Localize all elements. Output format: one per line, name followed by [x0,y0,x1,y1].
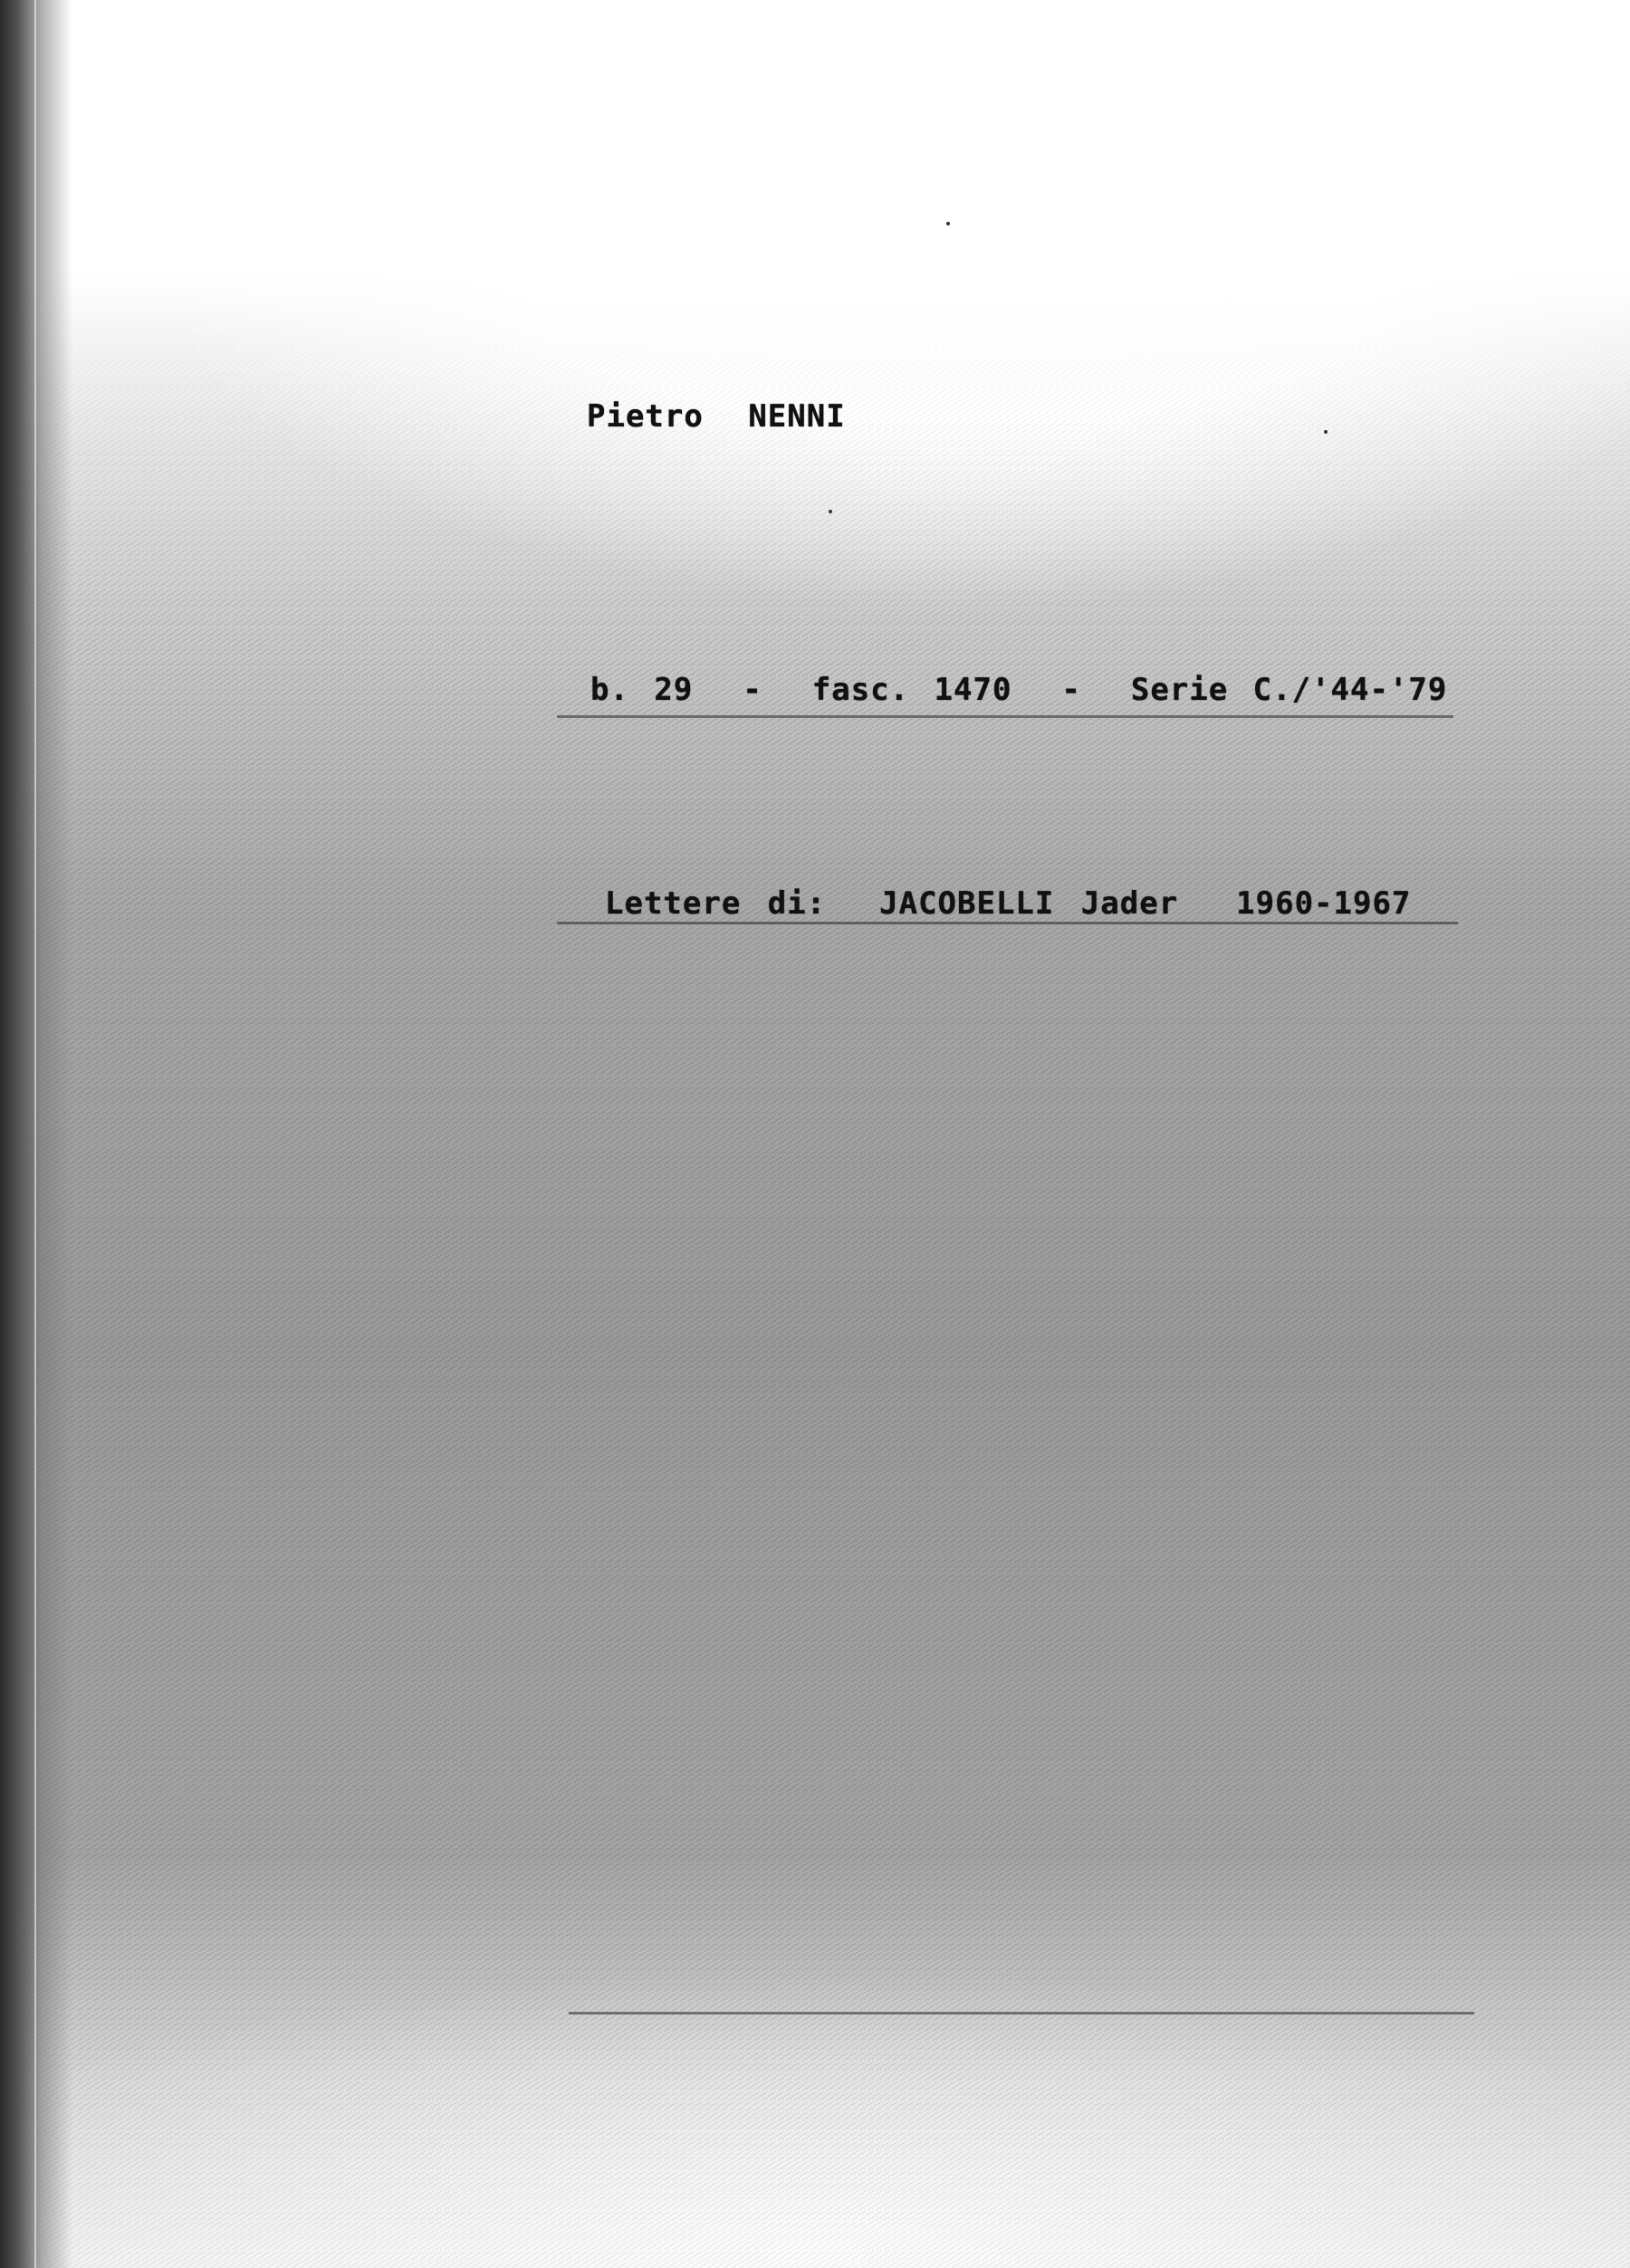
binding-edge-shadow [0,0,72,2268]
archival-reference: b. 29 - fasc. 1470 - Serie C./'44-'79 [590,672,1447,708]
photocopy-grain-background [0,0,1630,2268]
bottom-rule [569,2012,1474,2014]
dust-speck [1324,430,1328,434]
separator: - [743,672,762,708]
correspondent-name: JACOBELLI Jader [879,885,1178,922]
letters-label: Lettere di: [605,885,826,922]
underline-rule [557,922,1458,924]
letters-description: Lettere di: JACOBELLI Jader1960-1967 [605,885,1411,922]
busta-number: b. 29 [590,672,693,708]
dust-speck [829,510,832,513]
separator: - [1061,672,1080,708]
owner-name: Pietro NENNI [587,398,846,435]
owner-last-name: NENNI [748,398,845,435]
owner-first-name: Pietro [587,398,704,435]
serie-label: Serie C./'44-'79 [1131,672,1448,708]
letters-years: 1960-1967 [1236,885,1411,922]
dust-speck [946,222,950,225]
underline-rule [557,715,1453,718]
fascicolo-number: fasc. 1470 [812,672,1012,708]
scanned-folder-cover: Pietro NENNI b. 29 - fasc. 1470 - Serie … [0,0,1630,2268]
